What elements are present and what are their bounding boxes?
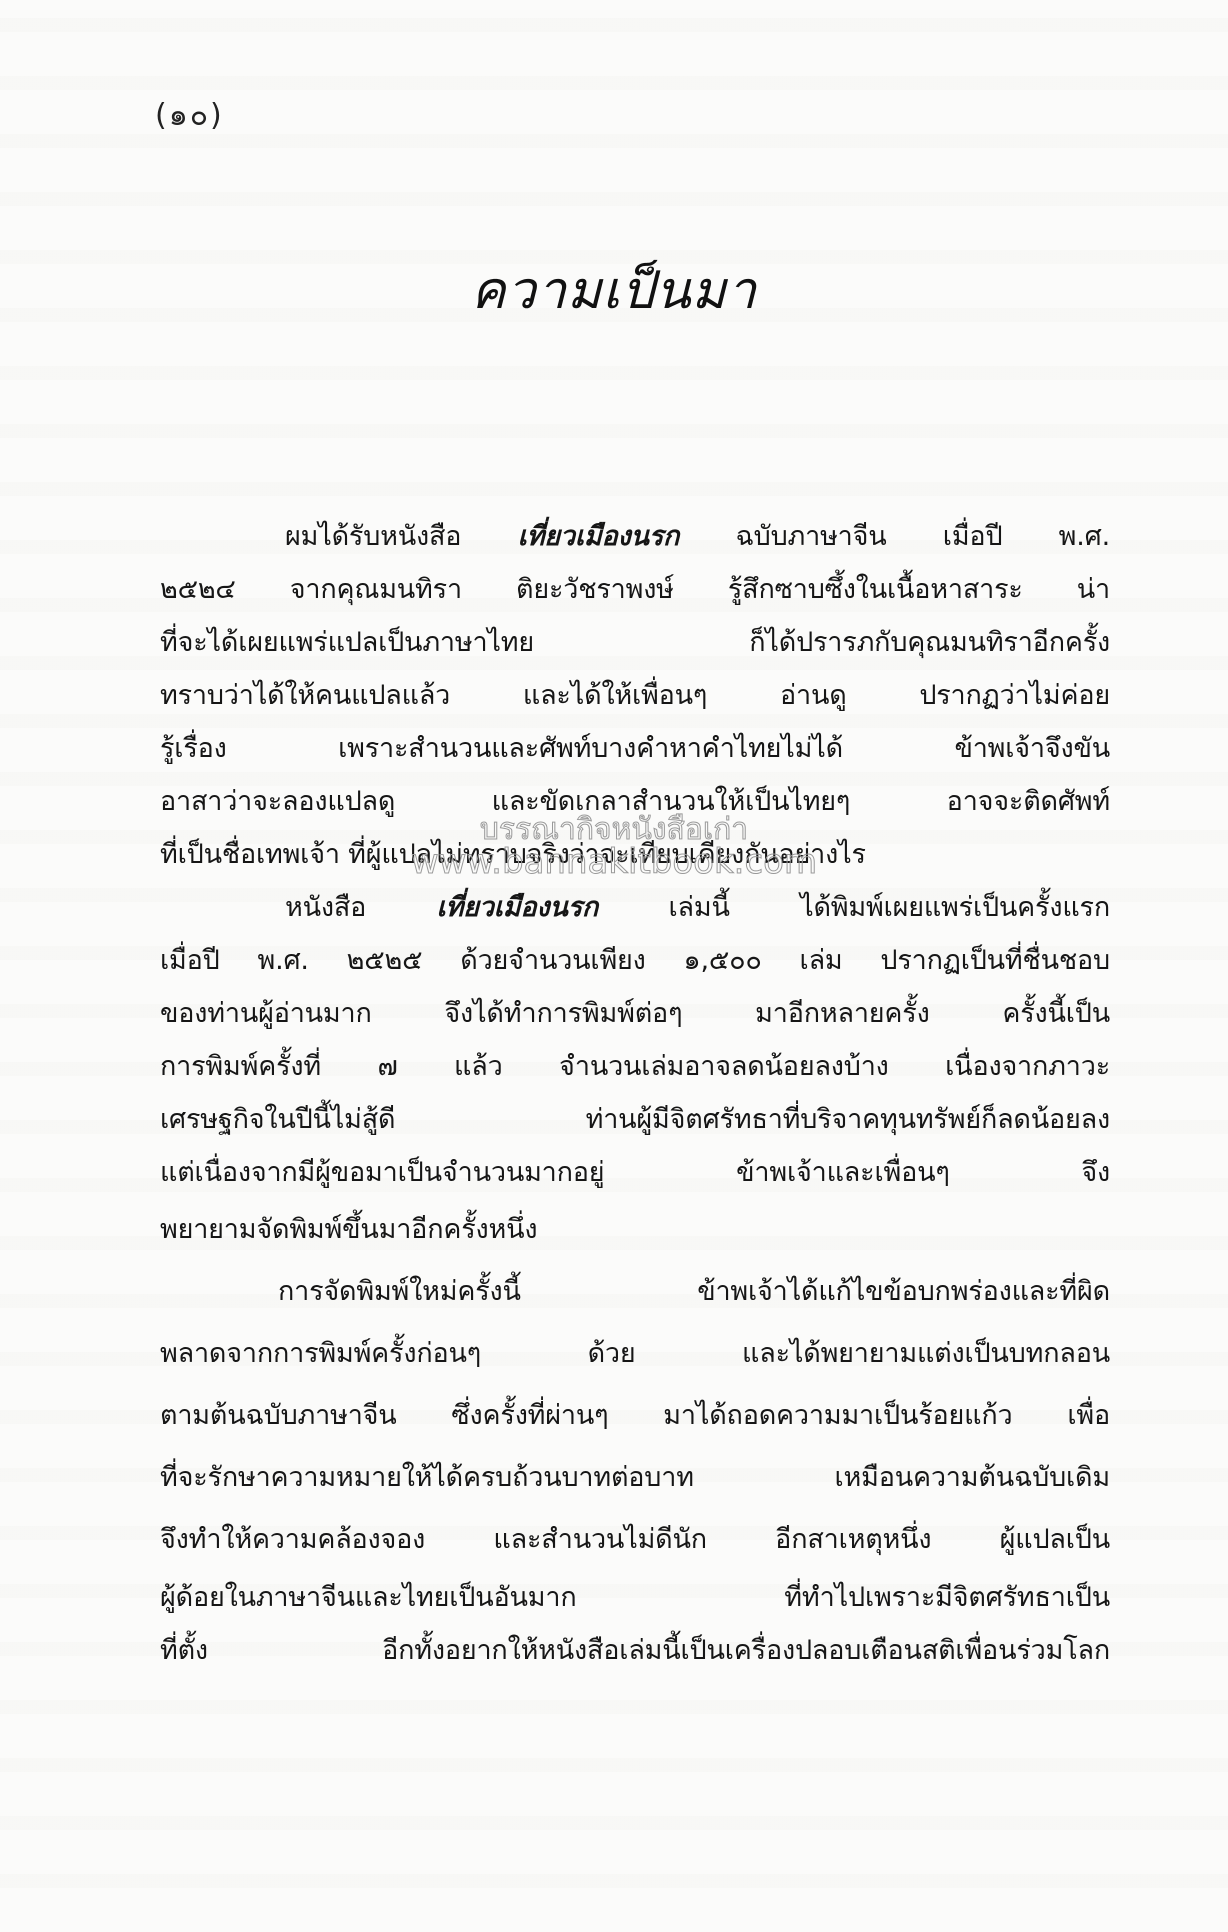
text-line: แต่เนื่องจากมีผู้ขอมาเป็นจำนวนมากอยู่ ข้… (160, 1146, 1110, 1199)
page-number: (๑๐) (155, 92, 224, 139)
text-line: อาสาว่าจะลองแปลดู และขัดเกลาสำนวนให้เป็น… (160, 775, 1110, 828)
text-span: ผมได้รับหนังสือ (285, 521, 518, 552)
text-line: การพิมพ์ครั้งที่ ๗ แล้ว จำนวนเล่มอาจลดน้… (160, 1040, 1110, 1093)
text-span: เล่มนี้ ได้พิมพ์เผยแพร่เป็นครั้งแรก (598, 892, 1110, 923)
text-line: ที่จะรักษาความหมายให้ได้ครบถ้วนบาทต่อบาท… (160, 1447, 1110, 1509)
text-line: พยายามจัดพิมพ์ขึ้นมาอีกครั้งหนึ่ง (160, 1199, 1110, 1261)
text-line: เศรษฐกิจในปีนี้ไม่สู้ดี ท่านผู้มีจิตศรัท… (160, 1093, 1110, 1146)
text-line: ที่เป็นชื่อเทพเจ้า ที่ผู้แปลไม่ทราบจริงว… (160, 828, 1110, 881)
text-line: ผู้ด้อยในภาษาจีนและไทยเป็นอันมาก ที่ทำไป… (160, 1571, 1110, 1624)
text-span: หนังสือ (285, 892, 437, 923)
book-title-emphasis: เที่ยวเมืองนรก (437, 892, 599, 923)
text-line: ที่ตั้ง อีกทั้งอยากให้หนังสือเล่มนี้เป็น… (160, 1624, 1110, 1677)
text-line: ที่จะได้เผยแพร่แปลเป็นภาษาไทย ก็ได้ปรารภ… (160, 616, 1110, 669)
text-line: เมื่อปี พ.ศ. ๒๕๒๕ ด้วยจำนวนเพียง ๑,๕๐๐ เ… (160, 934, 1110, 987)
text-line: หนังสือ เที่ยวเมืองนรก เล่มนี้ ได้พิมพ์เ… (160, 881, 1110, 934)
text-line: ตามต้นฉบับภาษาจีน ซึ่งครั้งที่ผ่านๆ มาได… (160, 1385, 1110, 1447)
text-line: รู้เรื่อง เพราะสำนวนและศัพท์บางคำหาคำไทย… (160, 722, 1110, 775)
text-line: ผมได้รับหนังสือ เที่ยวเมืองนรก ฉบับภาษาจ… (160, 510, 1110, 563)
body-text: ผมได้รับหนังสือ เที่ยวเมืองนรก ฉบับภาษาจ… (160, 510, 1110, 1677)
chapter-title: ความเป็นมา (0, 248, 1228, 331)
text-line: ๒๕๒๔ จากคุณมนทิรา ติยะวัชราพงษ์ รู้สึกซา… (160, 563, 1110, 616)
text-line: การจัดพิมพ์ใหม่ครั้งนี้ ข้าพเจ้าได้แก้ไข… (160, 1261, 1110, 1323)
text-line: ทราบว่าได้ให้คนแปลแล้ว และได้ให้เพื่อนๆ … (160, 669, 1110, 722)
text-span: ฉบับภาษาจีน เมื่อปี พ.ศ. (679, 521, 1110, 552)
book-title-emphasis: เที่ยวเมืองนรก (518, 521, 680, 552)
text-line: พลาดจากการพิมพ์ครั้งก่อนๆ ด้วย และได้พยา… (160, 1323, 1110, 1385)
text-line: จึงทำให้ความคล้องจอง และสำนวนไม่ดีนัก อี… (160, 1509, 1110, 1571)
text-line: ของท่านผู้อ่านมาก จึงได้ทำการพิมพ์ต่อๆ ม… (160, 987, 1110, 1040)
